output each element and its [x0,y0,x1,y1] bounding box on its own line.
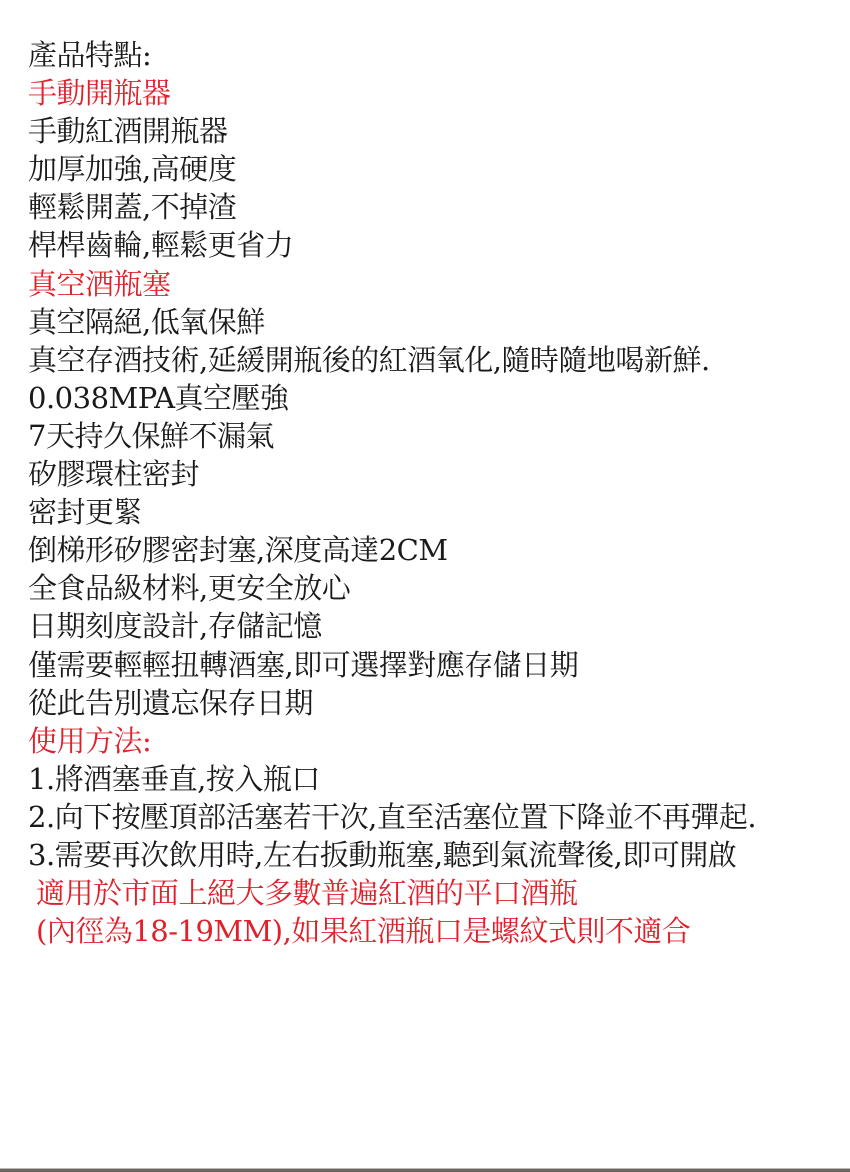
feature-line: 加厚加強,高硬度 [28,150,850,188]
section-title-usage: 使用方法: [28,722,850,760]
feature-line: 倒梯形矽膠密封塞,深度高達2CM [28,531,850,569]
feature-line: 矽膠環柱密封 [28,455,850,493]
bottom-divider [0,1168,850,1172]
feature-line: 僅需要輕輕扭轉酒塞,即可選擇對應存儲日期 [28,646,850,684]
feature-line: 7天持久保鮮不漏氣 [28,417,850,455]
feature-line: 從此告別遺忘保存日期 [28,684,850,722]
feature-line: 真空隔絕,低氧保鮮 [28,303,850,341]
usage-step: 1.將酒塞垂直,按入瓶口 [28,760,850,798]
feature-line: 日期刻度設計,存儲記憶 [28,607,850,645]
feature-line: 手動紅酒開瓶器 [28,112,850,150]
feature-line: 輕鬆開蓋,不掉渣 [28,188,850,226]
usage-step: 3.需要再次飲用時,左右扳動瓶塞,聽到氣流聲後,即可開啟 [28,836,850,874]
subheading-vacuum-stopper: 真空酒瓶塞 [28,265,850,303]
feature-line: 真空存酒技術,延緩開瓶後的紅酒氧化,隨時隨地喝新鮮. [28,341,850,379]
compatibility-note: 適用於市面上絕大多數普遍紅酒的平口酒瓶 [28,874,850,912]
feature-line: 密封更緊 [28,493,850,531]
usage-step: 2.向下按壓頂部活塞若干次,直至活塞位置下降並不再彈起. [28,798,850,836]
feature-line: 桿桿齒輪,輕鬆更省力 [28,226,850,264]
product-description: 產品特點: 手動開瓶器 手動紅酒開瓶器 加厚加強,高硬度 輕鬆開蓋,不掉渣 桿桿… [28,36,850,950]
feature-line: 0.038MPA真空壓強 [28,379,850,417]
section-title-features: 產品特點: [28,36,850,74]
subheading-manual-opener: 手動開瓶器 [28,74,850,112]
feature-line: 全食品級材料,更安全放心 [28,569,850,607]
compatibility-note: (內徑為18-19MM),如果紅酒瓶口是螺紋式則不適合 [28,912,850,950]
